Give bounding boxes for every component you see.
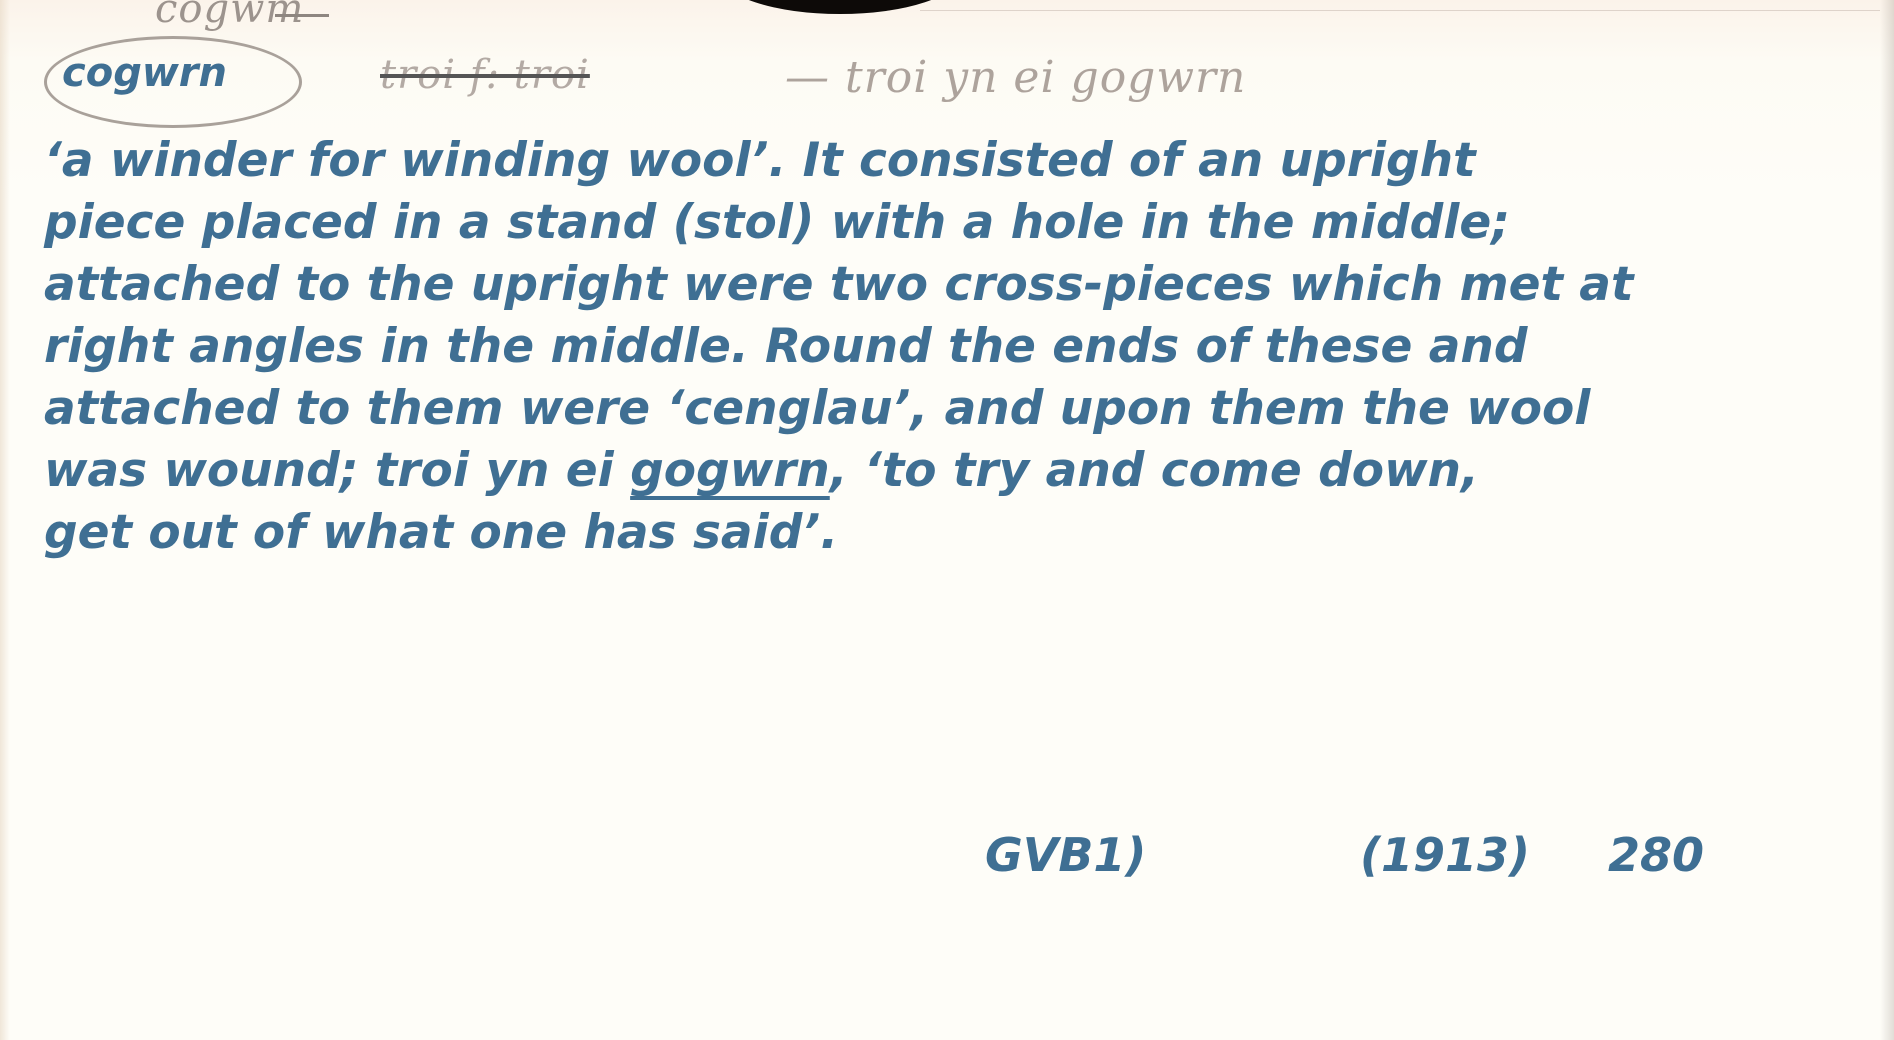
- definition-line: piece placed in a stand (stol) with a ho…: [44, 192, 1874, 254]
- definition-line: attached to them were ‘cenglau’, and upo…: [44, 378, 1874, 440]
- reference-year: (1913): [1360, 828, 1530, 882]
- underlined-headword: gogwrn: [630, 443, 830, 498]
- headword: cogwrn: [62, 50, 227, 96]
- definition-line: right angles in the middle. Round the en…: [44, 316, 1874, 378]
- definition-line: ‘a winder for winding wool’. It consiste…: [44, 130, 1874, 192]
- clip-shadow: [720, 0, 960, 14]
- definition-line: attached to the upright were two cross-p…: [44, 254, 1874, 316]
- card-edge-left: [0, 0, 10, 1040]
- definition-line: was wound; troi yn ei gogwrn, ‘to try an…: [44, 440, 1874, 502]
- definition-line-tail: , ‘to try and come down,: [830, 443, 1479, 498]
- pencil-gloss: — troi yn ei gogwrn: [785, 52, 1246, 103]
- reference-source: GVB1): [985, 828, 1146, 882]
- top-rule: [920, 10, 1880, 11]
- card-edge-right: [1880, 0, 1894, 1040]
- definition-text: ‘a winder for winding wool’. It consiste…: [44, 130, 1874, 564]
- definition-line-start: was wound; troi yn ei: [44, 443, 630, 498]
- index-card: cogwm cogwrn troi f: troi — troi yn ei g…: [0, 0, 1894, 1040]
- struck-text: troi f: troi: [380, 52, 590, 98]
- pencil-dash: [275, 14, 329, 17]
- reference-page: 280: [1608, 828, 1704, 882]
- definition-line: get out of what one has said’.: [44, 502, 1874, 564]
